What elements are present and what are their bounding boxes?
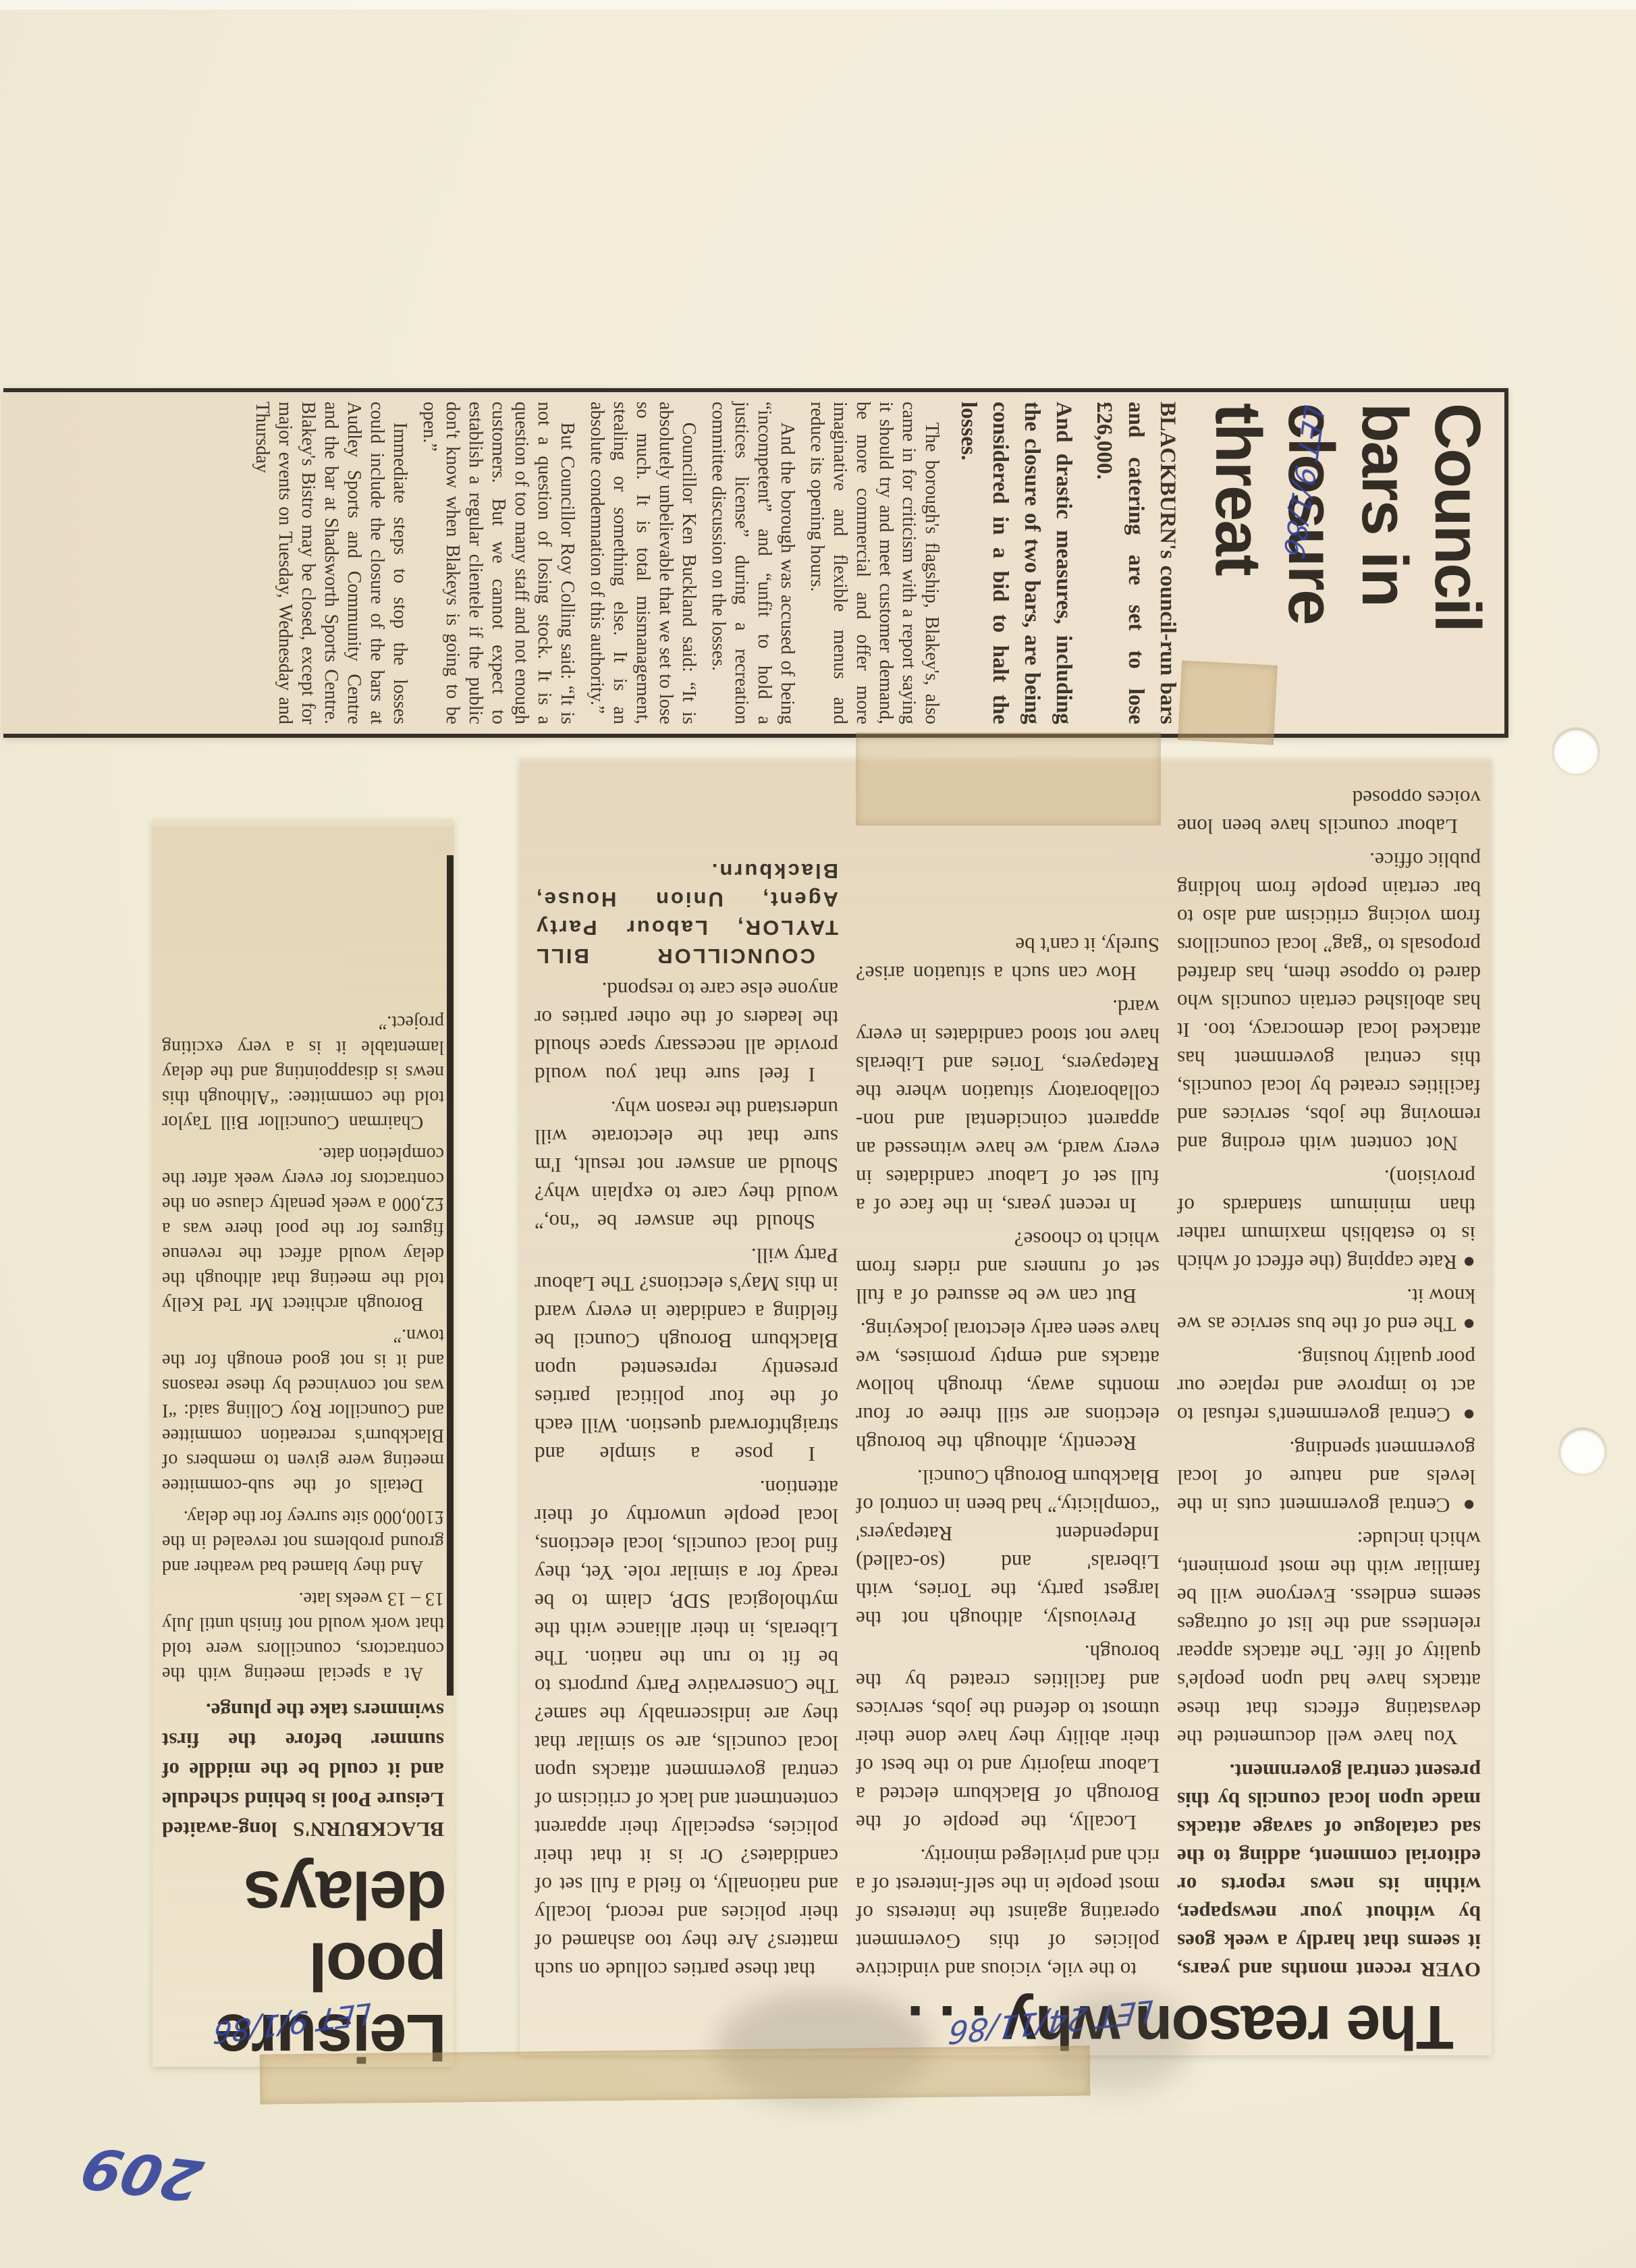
council-bars-intro: And drastic measures, including the clos… [952,402,1079,724]
article-paragraph: Details of the sub-committee meeting wer… [162,1323,444,1498]
article-paragraph: Previously, although not the largest par… [856,1463,1160,1633]
article-paragraph: ● The end of the bus service as we know … [1177,1282,1481,1339]
article-paragraph: Recently, although the borough elections… [856,1316,1160,1457]
article-paragraph: Locally, the people of the Borough of Bl… [856,1638,1160,1837]
clipping-reason-why: LET 24/11/86 The reason why . . . OVER r… [520,758,1492,2055]
article-paragraph: Immediate steps to stop the losses could… [250,402,411,724]
handwritten-page-number: 209 [78,2135,209,2213]
article-paragraph: Not content with eroding and removing th… [1177,846,1481,1158]
article-paragraph: ● Central government's refusal to act to… [1177,1344,1481,1429]
article-paragraph: OVER recent months and years, it seems t… [1177,1757,1481,1984]
leisure-pool-body: BLACKBURN'S long-awaited Leisure Pool is… [153,1010,454,1844]
reason-why-columns: OVER recent months and years, it seems t… [520,789,1492,1984]
article-paragraph: The borough's flagship, Blakey's, also c… [805,402,943,724]
article-paragraph: Labour councils have been lone voices op… [1177,789,1481,840]
article-paragraph: Chairman Councillor Bill Taylor told the… [162,1010,444,1135]
article-paragraph: In recent years, in the face of a full s… [856,993,1160,1220]
letter-byline: COUNCILLOR BILL TAYLOR, Labour Party Age… [535,857,838,970]
council-bars-intro: BLACKBURN's council-run bars and caterin… [1089,402,1184,724]
scrapbook-page: LET 9/1/86 Council bars in closure threa… [0,0,1636,2268]
article-paragraph: that these parties collude on such matte… [535,1474,838,1984]
sticky-tape [1178,660,1278,745]
reason-why-column-3: that these parties collude on such matte… [535,789,838,1984]
article-paragraph: to the vile, vicious and vindictive poli… [856,1842,1160,1984]
article-paragraph: Borough architect Mr Ted Kelly told the … [162,1141,444,1316]
article-paragraph: How can such a situation arise? Surely, … [856,931,1160,988]
article-paragraph: But Councillor Roy Colling said: “It is … [418,402,578,724]
reason-why-column-1: OVER recent months and years, it seems t… [1177,789,1481,1984]
punch-hole [1553,728,1599,774]
article-paragraph: And the borough was accused of being “in… [707,402,798,724]
clipping-reason-why-content: LET 24/11/86 The reason why . . . OVER r… [520,761,1492,2055]
sticky-tape [856,732,1161,826]
clipping-leisure-pool: LET 9/1/86 Leisurepooldelays BLACKBURN'S… [153,819,454,2067]
article-paragraph: ● Rate capping (the effect of which is t… [1177,1163,1481,1276]
clipping-leisure-pool-content: LET 9/1/86 Leisurepooldelays BLACKBURN'S… [153,826,454,2067]
clipping-council-bars-content: LET 9/1/86 Council bars in closure threa… [3,388,1508,738]
article-paragraph: Councillor Ken Buckland said: “It is abs… [585,402,700,724]
leisure-pool-intro: BLACKBURN'S long-awaited Leisure Pool is… [162,1696,444,1844]
article-paragraph: You have well documented the devastating… [1177,1525,1481,1752]
article-paragraph: And they blamed bad weather and ground p… [162,1505,444,1579]
clipping-council-bars: LET 9/1/86 Council bars in closure threa… [3,388,1508,738]
reason-why-column-2: to the vile, vicious and vindictive poli… [856,789,1160,1984]
article-paragraph: I feel sure that you would provide all n… [535,975,838,1089]
article-paragraph: I pose a simple and straightforward ques… [535,1241,838,1468]
article-paragraph: At a special meeting with the contractor… [162,1586,444,1686]
article-paragraph: But can we be assured of a full set of r… [856,1225,1160,1310]
punch-hole [1560,1428,1606,1474]
headline-line: delays [153,1859,447,1931]
article-paragraph: Should the answer be “no,” would they ca… [535,1094,838,1236]
column-rule [447,855,454,1696]
council-bars-body: The borough's flagship, Blakey's, also c… [250,402,943,724]
sticky-tape [260,2046,1091,2105]
article-paragraph: ● Central government cuts in the levels … [1177,1434,1481,1519]
headline-line: pool [153,1931,447,2002]
